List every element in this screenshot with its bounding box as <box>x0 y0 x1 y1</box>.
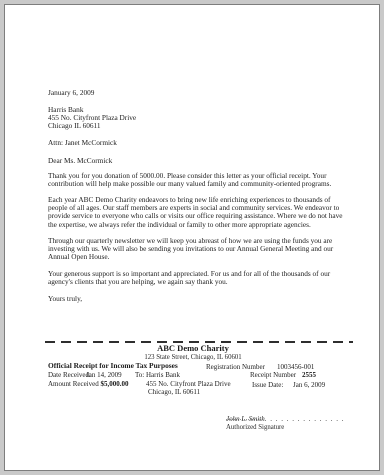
recipient-address-block: Harris Bank 455 No. Cityfront Plaza Driv… <box>48 106 349 130</box>
letter-paragraph-1: Thank you for you donation of 5000.00. P… <box>48 172 349 188</box>
letter-paragraph-3: Through our quarterly newsletter we will… <box>48 237 349 261</box>
date-received-value: Jan 14, 2009 <box>86 371 122 379</box>
letter-paragraph-2: Each year ABC Demo Charity endeavors to … <box>48 196 349 228</box>
receipt-to-line: To: Harris Bank <box>135 371 180 379</box>
recipient-address-line2: Chicago IL 60611 <box>48 122 349 130</box>
letter-body: January 6, 2009 Harris Bank 455 No. City… <box>48 89 349 303</box>
closing-line: Yours truly, <box>48 295 349 303</box>
issue-date-label: Issue Date: <box>252 381 283 389</box>
receipt-number-value: 2555 <box>302 371 316 379</box>
signature-line: John L. Smith. . . . . . . . . . . . . .… <box>226 415 344 423</box>
amount-received-line: Amount Received $5,000.00 <box>48 380 129 388</box>
receipt-org-name: ABC Demo Charity <box>5 344 381 352</box>
signature-dotted-line: . . . . . . . . . . . . . . . <box>265 415 345 423</box>
amount-received-value: $5,000.00 <box>101 380 129 388</box>
registration-number-label: Registration Number <box>206 363 265 371</box>
attention-line: Attn: Janet McCormick <box>48 139 349 147</box>
date-received-label: Date Received: <box>48 371 91 379</box>
salutation: Dear Ms. McCormick <box>48 157 349 165</box>
registration-number-value: 1003456-001 <box>277 363 314 371</box>
amount-received-label: Amount Received <box>48 380 99 388</box>
letter-paragraph-4: Your generous support is so important an… <box>48 270 349 286</box>
letter-page: January 6, 2009 Harris Bank 455 No. City… <box>4 4 380 471</box>
issue-date-value: Jan 6, 2009 <box>293 381 325 389</box>
receipt-to-address-line2: Chicago, IL 60611 <box>148 388 200 396</box>
letter-date: January 6, 2009 <box>48 89 349 97</box>
receipt-title: Official Receipt for Income Tax Purposes <box>48 362 178 370</box>
authorized-signature-script: John L. Smith <box>226 415 265 423</box>
receipt-number-label: Receipt Number <box>250 371 296 379</box>
authorized-signature-caption: Authorized Signature <box>226 424 284 431</box>
receipt-to-address-line1: 455 No. Cityfront Plaza Drive <box>146 380 231 388</box>
